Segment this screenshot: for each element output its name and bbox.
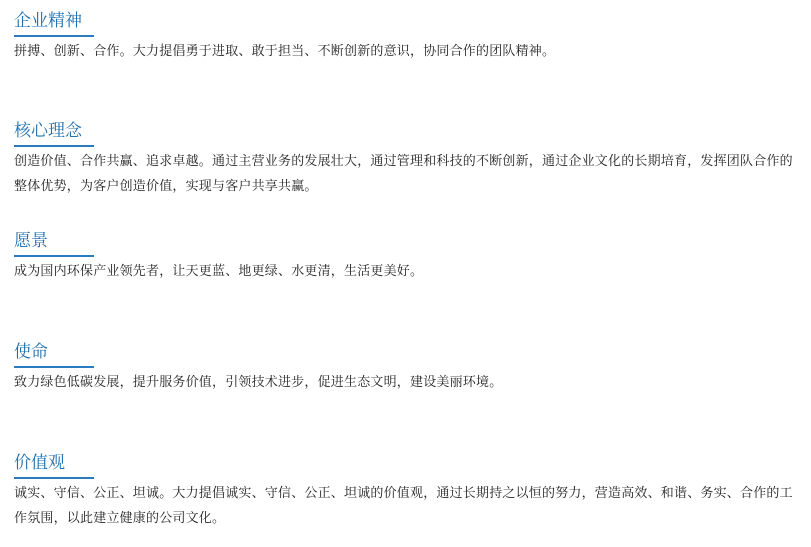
section-title: 企业精神 xyxy=(14,9,94,37)
section-title: 使命 xyxy=(14,340,94,368)
section-enterprise-spirit: 企业精神 拼搏、创新、合作。大力提倡勇于进取、敢于担当、不断创新的意识，协同合作… xyxy=(14,9,804,64)
section-body: 诚实、守信、公正、坦诚。大力提倡诚实、守信、公正、坦诚的价值观，通过长期持之以恒… xyxy=(14,481,804,531)
section-body: 拼搏、创新、合作。大力提倡勇于进取、敢于担当、不断创新的意识，协同合作的团队精神… xyxy=(14,39,804,64)
section-body: 创造价值、合作共赢、追求卓越。通过主营业务的发展壮大，通过管理和科技的不断创新，… xyxy=(14,149,804,199)
section-values: 价值观 诚实、守信、公正、坦诚。大力提倡诚实、守信、公正、坦诚的价值观，通过长期… xyxy=(14,451,804,531)
section-title: 核心理念 xyxy=(14,119,94,147)
section-vision: 愿景 成为国内环保产业领先者，让天更蓝、地更绿、水更清，生活更美好。 xyxy=(14,229,804,284)
section-mission: 使命 致力绿色低碳发展，提升服务价值，引领技术进步，促进生态文明，建设美丽环境。 xyxy=(14,340,804,395)
section-title: 价值观 xyxy=(14,451,94,479)
section-body: 致力绿色低碳发展，提升服务价值，引领技术进步，促进生态文明，建设美丽环境。 xyxy=(14,370,804,395)
section-core-concept: 核心理念 创造价值、合作共赢、追求卓越。通过主营业务的发展壮大，通过管理和科技的… xyxy=(14,119,804,199)
section-title: 愿景 xyxy=(14,229,94,257)
section-body: 成为国内环保产业领先者，让天更蓝、地更绿、水更清，生活更美好。 xyxy=(14,259,804,284)
